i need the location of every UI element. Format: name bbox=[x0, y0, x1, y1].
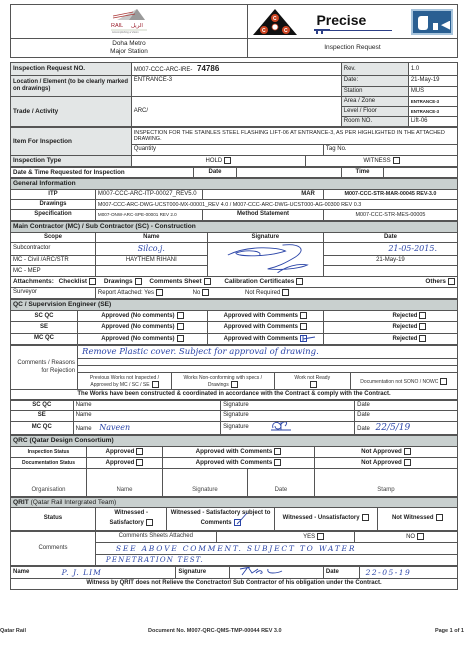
approved-comments-label: Approved with Comments bbox=[196, 449, 273, 456]
col-name: Name bbox=[95, 232, 207, 242]
reason-not-ready[interactable]: Work not Ready bbox=[274, 373, 350, 390]
witness-option[interactable]: WITNESS bbox=[306, 155, 458, 166]
not-witnessed-checkbox[interactable] bbox=[436, 514, 443, 521]
meta-label-room: Room NO. bbox=[341, 117, 408, 127]
not-approved-label: Not Approved bbox=[361, 449, 402, 456]
report-no-label: No bbox=[193, 290, 201, 296]
name-cell[interactable]: HAYTHEM RIHANI bbox=[95, 255, 207, 266]
drawings-checkbox[interactable] bbox=[135, 278, 142, 285]
rejected-label: Rejected bbox=[392, 336, 417, 342]
reason-documentation-checkbox[interactable] bbox=[440, 378, 447, 385]
qrit-title-rest: (Qatar Rail Intergrated Team) bbox=[29, 499, 116, 506]
date-cell[interactable] bbox=[323, 266, 457, 277]
approved-comments-checkbox[interactable] bbox=[300, 323, 307, 330]
qc-role: MC QC bbox=[11, 333, 78, 344]
inspection-approved-checkbox[interactable] bbox=[136, 448, 143, 455]
rail-logo-icon: RAIL الريل Accomplishing a Vision bbox=[99, 6, 159, 34]
meta-value-area[interactable]: ENTRANCE-3 bbox=[408, 96, 457, 106]
meta-label-date: Date: bbox=[341, 76, 408, 86]
checkmark-icon bbox=[236, 512, 248, 526]
svg-text:C: C bbox=[262, 28, 266, 34]
documentation-status-label: Documentation Status bbox=[11, 457, 87, 468]
meta-value-room[interactable]: Lift-06 bbox=[408, 117, 457, 127]
signoff-date[interactable]: Date bbox=[355, 401, 458, 411]
qc-comment-line1[interactable]: Remove Plastic cover. Subject for approv… bbox=[78, 345, 458, 358]
project-line2: Major Station bbox=[13, 48, 245, 56]
reason-nonconforming-label: Works Non-conforming with specs / Drawin… bbox=[184, 375, 263, 388]
approved-option[interactable]: Approved (No comments) bbox=[78, 311, 208, 322]
approved-label: Approved (No comments) bbox=[101, 324, 174, 330]
date-label: Date bbox=[357, 412, 370, 418]
scope-cell: MC - MEP bbox=[11, 266, 96, 277]
location-field[interactable]: ENTRANCE-3 bbox=[131, 76, 341, 96]
reason-not-ready-checkbox[interactable] bbox=[310, 381, 317, 388]
meta-label-rev: Rev. bbox=[341, 63, 408, 76]
rejected-option[interactable]: Rejected bbox=[323, 333, 457, 344]
inspection-approved-comments-checkbox[interactable] bbox=[274, 448, 281, 455]
quantity-field[interactable]: Quantity bbox=[131, 145, 323, 155]
attachment-others-label: Others bbox=[425, 278, 446, 285]
scope-cell: Subcontractor bbox=[11, 242, 96, 255]
reason-not-inspected[interactable]: Previous Works not Inspected / Approved … bbox=[78, 373, 172, 390]
approved-label: Approved (No comments) bbox=[101, 336, 174, 342]
approved-checkbox[interactable] bbox=[177, 312, 184, 319]
signoff-role: MC QC bbox=[11, 421, 74, 435]
documentation-not-approved-option[interactable]: Not Approved bbox=[314, 457, 457, 468]
name-cell[interactable]: Silco.j. bbox=[95, 242, 207, 255]
inspection-status-label: Inspection Status bbox=[11, 447, 87, 458]
qrit-section: QRIT (Qatar Rail Intergrated Team) Statu… bbox=[10, 497, 458, 531]
ir-no-field[interactable]: M007-CCC-ARC-IRE- 74786 bbox=[131, 63, 341, 76]
qc-row-sc-qc: SC QC Approved (No comments) Approved wi… bbox=[11, 311, 458, 322]
svg-text:RAIL: RAIL bbox=[111, 23, 123, 29]
signoff-row: MC QC Name Naveen Signature Date 22/5/19 bbox=[11, 421, 458, 435]
precise-logo: Precise bbox=[316, 12, 392, 31]
approved-option[interactable]: Approved (No comments) bbox=[78, 322, 208, 333]
qrit-date-label: Date bbox=[323, 567, 359, 579]
meta-label-level: Level / Floor bbox=[341, 106, 408, 116]
date-label: Date bbox=[357, 426, 370, 432]
signature-scribble-icon bbox=[269, 421, 293, 432]
date-label: Date bbox=[357, 402, 370, 408]
report-yes-label: Report Attached: Yes bbox=[98, 290, 154, 296]
approved-comments-label: Approved with Comments bbox=[224, 313, 298, 319]
hold-checkbox[interactable] bbox=[224, 157, 231, 164]
date-cell[interactable]: 21-05-2015. bbox=[323, 242, 457, 255]
approved-comments-option[interactable]: Approved with Comments bbox=[207, 311, 323, 322]
reason-not-inspected-checkbox[interactable] bbox=[152, 381, 159, 388]
signature-label: Signature bbox=[223, 412, 249, 418]
rejected-option[interactable]: Rejected bbox=[323, 311, 457, 322]
footer-left: Qatar Rail bbox=[0, 628, 26, 634]
approved-checkbox[interactable] bbox=[177, 323, 184, 330]
tag-no-field[interactable]: Tag No. bbox=[323, 145, 457, 155]
signoff-row: SE Name Signature Date bbox=[11, 411, 458, 421]
svg-text:C: C bbox=[284, 28, 288, 34]
sheets-attached-label: Comments Sheets Attached bbox=[95, 531, 216, 542]
approved-label: Approved bbox=[106, 449, 135, 456]
signoff-role: SC QC bbox=[11, 401, 74, 411]
name-label: Name bbox=[76, 402, 92, 408]
sheets-no-option[interactable]: NO bbox=[355, 531, 458, 542]
specification-label: Specification bbox=[11, 210, 96, 220]
table-row: Subcontractor Silco.j. 21-05-2015. bbox=[11, 242, 458, 255]
general-information: General Information ITP M007-CCC-ARC-ITP… bbox=[10, 178, 458, 220]
witnessed-subject-comments-checkbox-checked[interactable] bbox=[234, 519, 241, 526]
documentation-approved-option[interactable]: Approved bbox=[86, 457, 162, 468]
comments-sheet-checkbox[interactable] bbox=[204, 278, 211, 285]
qc-row-se: SE Approved (No comments) Approved with … bbox=[11, 322, 458, 333]
name-label: Name bbox=[76, 426, 92, 432]
mar-label: MAR bbox=[203, 190, 324, 200]
inspection-approved-comments-option[interactable]: Approved with Comments bbox=[162, 447, 314, 458]
meta-label-station: Station bbox=[341, 86, 408, 96]
attachment-calibration-label: Calibration Certificates bbox=[224, 278, 294, 285]
option-label: Witnessed - Satisfactory subject to Comm… bbox=[171, 510, 271, 526]
col-date: Date bbox=[323, 232, 457, 242]
drawings-label: Drawings bbox=[11, 200, 96, 210]
project-line1: Doha Metro bbox=[13, 40, 245, 48]
inspection-approved-option[interactable]: Approved bbox=[86, 447, 162, 458]
svg-text:Accomplishing a Vision: Accomplishing a Vision bbox=[112, 30, 139, 34]
sheets-yes-checkbox[interactable] bbox=[317, 533, 324, 540]
others-checkbox[interactable] bbox=[448, 278, 455, 285]
report-no-checkbox[interactable] bbox=[202, 289, 209, 296]
signature-label: Signature bbox=[223, 424, 249, 430]
method-statement-label: Method Statement bbox=[203, 210, 324, 220]
inspection-type-label: Inspection Type bbox=[11, 155, 132, 166]
documentation-approved-comments-option[interactable]: Approved with Comments bbox=[162, 457, 314, 468]
signoff-date[interactable]: Date bbox=[355, 411, 458, 421]
calibration-checkbox[interactable] bbox=[296, 278, 303, 285]
signature-cell[interactable] bbox=[207, 242, 323, 276]
qatar-rail-logo: RAIL الريل Accomplishing a Vision bbox=[11, 5, 248, 39]
item-inspection: Item For Inspection INSPECTION FOR THE S… bbox=[10, 127, 458, 166]
inspection-not-approved-checkbox[interactable] bbox=[404, 448, 411, 455]
time-field[interactable] bbox=[384, 167, 458, 177]
qdc-logo-icon bbox=[411, 9, 453, 35]
approved-comments-label: Approved with Comments bbox=[224, 324, 298, 330]
rejected-label: Rejected bbox=[392, 324, 417, 330]
date-label: Date bbox=[194, 167, 236, 177]
signoff-signature[interactable]: Signature bbox=[221, 411, 355, 421]
meta-value-date[interactable]: 21-May-19 bbox=[408, 76, 457, 86]
approved-comments-label: Approved with Comments bbox=[224, 336, 298, 342]
signoff-role: SE bbox=[11, 411, 74, 421]
signoff-name[interactable]: Name bbox=[73, 401, 221, 411]
qrc-name[interactable]: Name bbox=[86, 468, 162, 496]
approved-comments-checkbox-checked[interactable] bbox=[300, 335, 307, 342]
trade-label: Trade / Activity bbox=[11, 96, 132, 127]
attachment-checklist-label: Checklist bbox=[59, 278, 87, 285]
qrc-date[interactable]: Date bbox=[247, 468, 314, 496]
specification-value[interactable]: M007-ONW-ARC-SPE-00001 REV 2.0 bbox=[95, 210, 202, 220]
signature-scribble-icon bbox=[208, 243, 323, 273]
qrit-comment-line1[interactable]: SEE ABOVE COMMENT. SUBJECT TO WATER bbox=[95, 542, 457, 554]
form-title: Inspection Request bbox=[247, 39, 457, 58]
qc-comment-line2[interactable] bbox=[78, 359, 458, 366]
qrit-title: QRIT (Qatar Rail Intergrated Team) bbox=[11, 497, 458, 508]
hold-option[interactable]: HOLD bbox=[131, 155, 305, 166]
ir-no-number: 74786 bbox=[197, 64, 219, 73]
qrit-signoff: Name P. J. LIM Signature Date 22-05-19 W… bbox=[10, 566, 458, 589]
svg-text:C: C bbox=[273, 16, 277, 22]
qrit-name-label: Name bbox=[11, 567, 60, 579]
svg-text:الريل: الريل bbox=[131, 23, 143, 29]
inspection-request-form: RAIL الريل Accomplishing a Vision C C C bbox=[10, 4, 458, 590]
qrc-organisation[interactable]: Organisation bbox=[11, 468, 87, 496]
rejected-checkbox[interactable] bbox=[419, 312, 426, 319]
option-label: Witnessed - Unsatisfactory bbox=[283, 515, 360, 521]
ccc-logo-icon: C C C bbox=[252, 8, 298, 36]
qrc-signature[interactable]: Signature bbox=[162, 468, 247, 496]
no-label: NO bbox=[406, 534, 415, 540]
trade-field[interactable]: ARC/ bbox=[131, 96, 341, 127]
documentation-approved-comments-checkbox[interactable] bbox=[274, 459, 281, 466]
not-witnessed-option[interactable]: Not Witnessed bbox=[377, 508, 458, 530]
rejected-option[interactable]: Rejected bbox=[323, 322, 457, 333]
project-name: Doha Metro Major Station bbox=[11, 39, 248, 58]
approved-option[interactable]: Approved (No comments) bbox=[78, 333, 208, 344]
signature-scribble-icon bbox=[238, 567, 288, 578]
approved-label: Approved bbox=[106, 459, 135, 466]
reason-nonconforming[interactable]: Works Non-conforming with specs / Drawin… bbox=[171, 373, 274, 390]
qc-row-mc-qc: MC QC Approved (No comments) Approved wi… bbox=[11, 333, 458, 344]
compliance-statement: The Works have been constructed & coordi… bbox=[11, 390, 458, 400]
scope-cell: MC - Civil /ARC/STR bbox=[11, 255, 96, 266]
mc-qc-name-value: Naveen bbox=[99, 423, 130, 432]
signoff-signature[interactable]: Signature bbox=[221, 421, 355, 435]
datetime-label: Date & Time Requested for Inspection bbox=[11, 167, 194, 177]
qrit-comments: Comments Comments Sheets Attached YES NO… bbox=[10, 531, 458, 567]
surveyor-report-row: Report Attached: Yes No Not Required bbox=[95, 287, 457, 298]
reason-not-inspected-label: Previous Works not Inspected / Approved … bbox=[90, 375, 159, 388]
attachments-row: Attachments: Checklist Drawings Comments… bbox=[11, 276, 458, 287]
qc-role: SC QC bbox=[11, 311, 78, 322]
qc-title: QC / Supervision Engineer (SE) bbox=[11, 300, 458, 311]
contractor-logos: C C C Precise bbox=[247, 5, 457, 39]
yes-label: YES bbox=[303, 534, 315, 540]
witnessed-satisfactory-checkbox[interactable] bbox=[146, 519, 153, 526]
signoff-row: SC QC Name Signature Date bbox=[11, 401, 458, 411]
qrc-stamp[interactable]: Stamp bbox=[314, 468, 457, 496]
qrit-comments-label: Comments bbox=[11, 531, 96, 566]
datetime-requested: Date & Time Requested for Inspection Dat… bbox=[10, 167, 458, 178]
rejected-label: Rejected bbox=[392, 313, 417, 319]
reason-nonconforming-checkbox[interactable] bbox=[231, 381, 238, 388]
date-field[interactable] bbox=[236, 167, 341, 177]
witnessed-unsatisfactory-option[interactable]: Witnessed - Unsatisfactory bbox=[274, 508, 377, 530]
itp-label: ITP bbox=[11, 190, 96, 200]
documentation-not-approved-checkbox[interactable] bbox=[404, 459, 411, 466]
approved-comments-label: Approved with Comments bbox=[196, 459, 273, 466]
signoff-signature[interactable]: Signature bbox=[221, 401, 355, 411]
report-not-required-checkbox[interactable] bbox=[282, 289, 289, 296]
item-label: Item For Inspection bbox=[11, 128, 132, 155]
rejected-checkbox[interactable] bbox=[419, 335, 426, 342]
qc-section: QC / Supervision Engineer (SE) SC QC App… bbox=[10, 299, 458, 345]
option-label: Witnessed - Satisfactory bbox=[110, 510, 148, 526]
reason-documentation-label: Documentation not SONO / NOWC bbox=[360, 378, 438, 384]
sheets-no-checkbox[interactable] bbox=[417, 533, 424, 540]
approved-comments-option[interactable]: Approved with Comments bbox=[207, 333, 323, 344]
witnessed-unsatisfactory-checkbox[interactable] bbox=[362, 514, 369, 521]
qrit-title-bold: QRIT bbox=[13, 499, 29, 506]
signature-label: Signature bbox=[223, 402, 249, 408]
attachment-drawings-label: Drawings bbox=[104, 278, 133, 285]
inspection-not-approved-option[interactable]: Not Approved bbox=[314, 447, 457, 458]
witness-label: WITNESS bbox=[363, 158, 390, 164]
qc-role: SE bbox=[11, 322, 78, 333]
checklist-checkbox[interactable] bbox=[89, 278, 96, 285]
surveyor-label: Surveyor bbox=[11, 287, 96, 298]
itp-value[interactable]: M007-CCC-ARC-ITP-00027_REV5.0 bbox=[95, 190, 202, 200]
footer-document-no: Document No. M007-QRC-QMS-TMP-00044 REV … bbox=[148, 628, 282, 634]
approved-label: Approved (No comments) bbox=[101, 313, 174, 319]
attachments-label: Attachments: bbox=[13, 278, 54, 285]
caliper-icon bbox=[314, 29, 330, 34]
approved-checkbox[interactable] bbox=[177, 335, 184, 342]
sheets-yes-option[interactable]: YES bbox=[216, 531, 355, 542]
option-label: Not Witnessed bbox=[392, 515, 434, 521]
qrit-name-value[interactable]: P. J. LIM bbox=[60, 567, 176, 579]
qrit-signature-field[interactable] bbox=[230, 567, 324, 579]
name-cell[interactable] bbox=[95, 266, 207, 277]
ir-no-label: Inspection Request NO. bbox=[11, 63, 132, 76]
meta-label-area: Area / Zone bbox=[341, 96, 408, 106]
item-field[interactable]: INSPECTION FOR THE STAINLES STEEL FLASHI… bbox=[131, 128, 457, 145]
col-signature: Signature bbox=[207, 232, 323, 242]
qrc-title: QRC (Qatar Design Consortium) bbox=[11, 436, 458, 447]
meta-value-station[interactable]: MUS bbox=[408, 86, 457, 96]
not-approved-label: Not Approved bbox=[361, 459, 402, 466]
signoff-date[interactable]: Date 22/5/19 bbox=[355, 421, 458, 435]
footer-page-number: Page 1 of 1 bbox=[435, 628, 464, 634]
qc-comments: Comments / Reasons for Rejection Remove … bbox=[10, 345, 458, 400]
rejected-checkbox[interactable] bbox=[419, 323, 426, 330]
signoff-name[interactable]: Name Naveen bbox=[73, 421, 221, 435]
request-details: Inspection Request NO. M007-CCC-ARC-IRE-… bbox=[10, 62, 458, 127]
reason-documentation[interactable]: Documentation not SONO / NOWC bbox=[350, 373, 457, 390]
report-not-required-label: Not Required bbox=[245, 290, 280, 296]
witnessed-satisfactory-option[interactable]: Witnessed - Satisfactory bbox=[95, 508, 167, 530]
witnessed-subject-comments-option[interactable]: Witnessed - Satisfactory subject to Comm… bbox=[167, 508, 274, 530]
construction-title: Main Contractor (MC) / Sub Contractor (S… bbox=[11, 221, 458, 232]
ir-no-prefix: M007-CCC-ARC-IRE- bbox=[134, 67, 193, 73]
qrit-signature-label: Signature bbox=[176, 567, 230, 579]
qrit-date-value[interactable]: 22-05-19 bbox=[359, 567, 457, 579]
qc-signoff: SC QC Name Signature Date SE Name Signat… bbox=[10, 400, 458, 435]
time-label: Time bbox=[341, 167, 383, 177]
date-cell[interactable]: 21-May-19 bbox=[323, 255, 457, 266]
signoff-name[interactable]: Name bbox=[73, 411, 221, 421]
status-label: Status bbox=[11, 508, 96, 530]
mar-value[interactable]: M007-CCC-STR-MAR-00045 REV-3.0 bbox=[323, 190, 457, 200]
construction-section: Main Contractor (MC) / Sub Contractor (S… bbox=[10, 221, 458, 300]
method-statement-value[interactable]: M007-CCC-STR-MES-00005 bbox=[323, 210, 457, 220]
witness-checkbox[interactable] bbox=[393, 157, 400, 164]
general-info-title: General Information bbox=[11, 179, 458, 190]
qrit-disclaimer: Witness by QRIT does not Relieve the Con… bbox=[11, 579, 458, 589]
location-label: Location / Element (to be clearly marked… bbox=[11, 76, 132, 96]
attachment-comments-sheet-label: Comments Sheet bbox=[149, 278, 201, 285]
approved-comments-option[interactable]: Approved with Comments bbox=[207, 322, 323, 333]
qc-comment-line3[interactable] bbox=[78, 366, 458, 373]
report-yes-checkbox[interactable] bbox=[156, 289, 163, 296]
meta-value-level[interactable]: ENTRANCE-3 bbox=[408, 106, 457, 116]
drawings-value[interactable]: M007-CCC-ARC-DWG-UCST000-MX-00001_REV 4.… bbox=[95, 200, 457, 210]
qrc-section: QRC (Qatar Design Consortium) Inspection… bbox=[10, 435, 458, 496]
comments-reasons-label: Comments / Reasons for Rejection bbox=[11, 345, 78, 389]
mc-qc-date-value: 22/5/19 bbox=[376, 423, 411, 433]
checkmark-icon bbox=[302, 335, 316, 342]
qrit-comment-line2[interactable]: PENETRATION TEST. bbox=[95, 554, 457, 565]
form-header: RAIL الريل Accomplishing a Vision C C C bbox=[10, 4, 458, 58]
meta-value-rev[interactable]: 1.0 bbox=[408, 63, 457, 76]
col-scope: Scope bbox=[11, 232, 96, 242]
hold-label: HOLD bbox=[206, 158, 223, 164]
documentation-approved-checkbox[interactable] bbox=[136, 459, 143, 466]
name-label: Name bbox=[76, 412, 92, 418]
approved-comments-checkbox[interactable] bbox=[300, 312, 307, 319]
